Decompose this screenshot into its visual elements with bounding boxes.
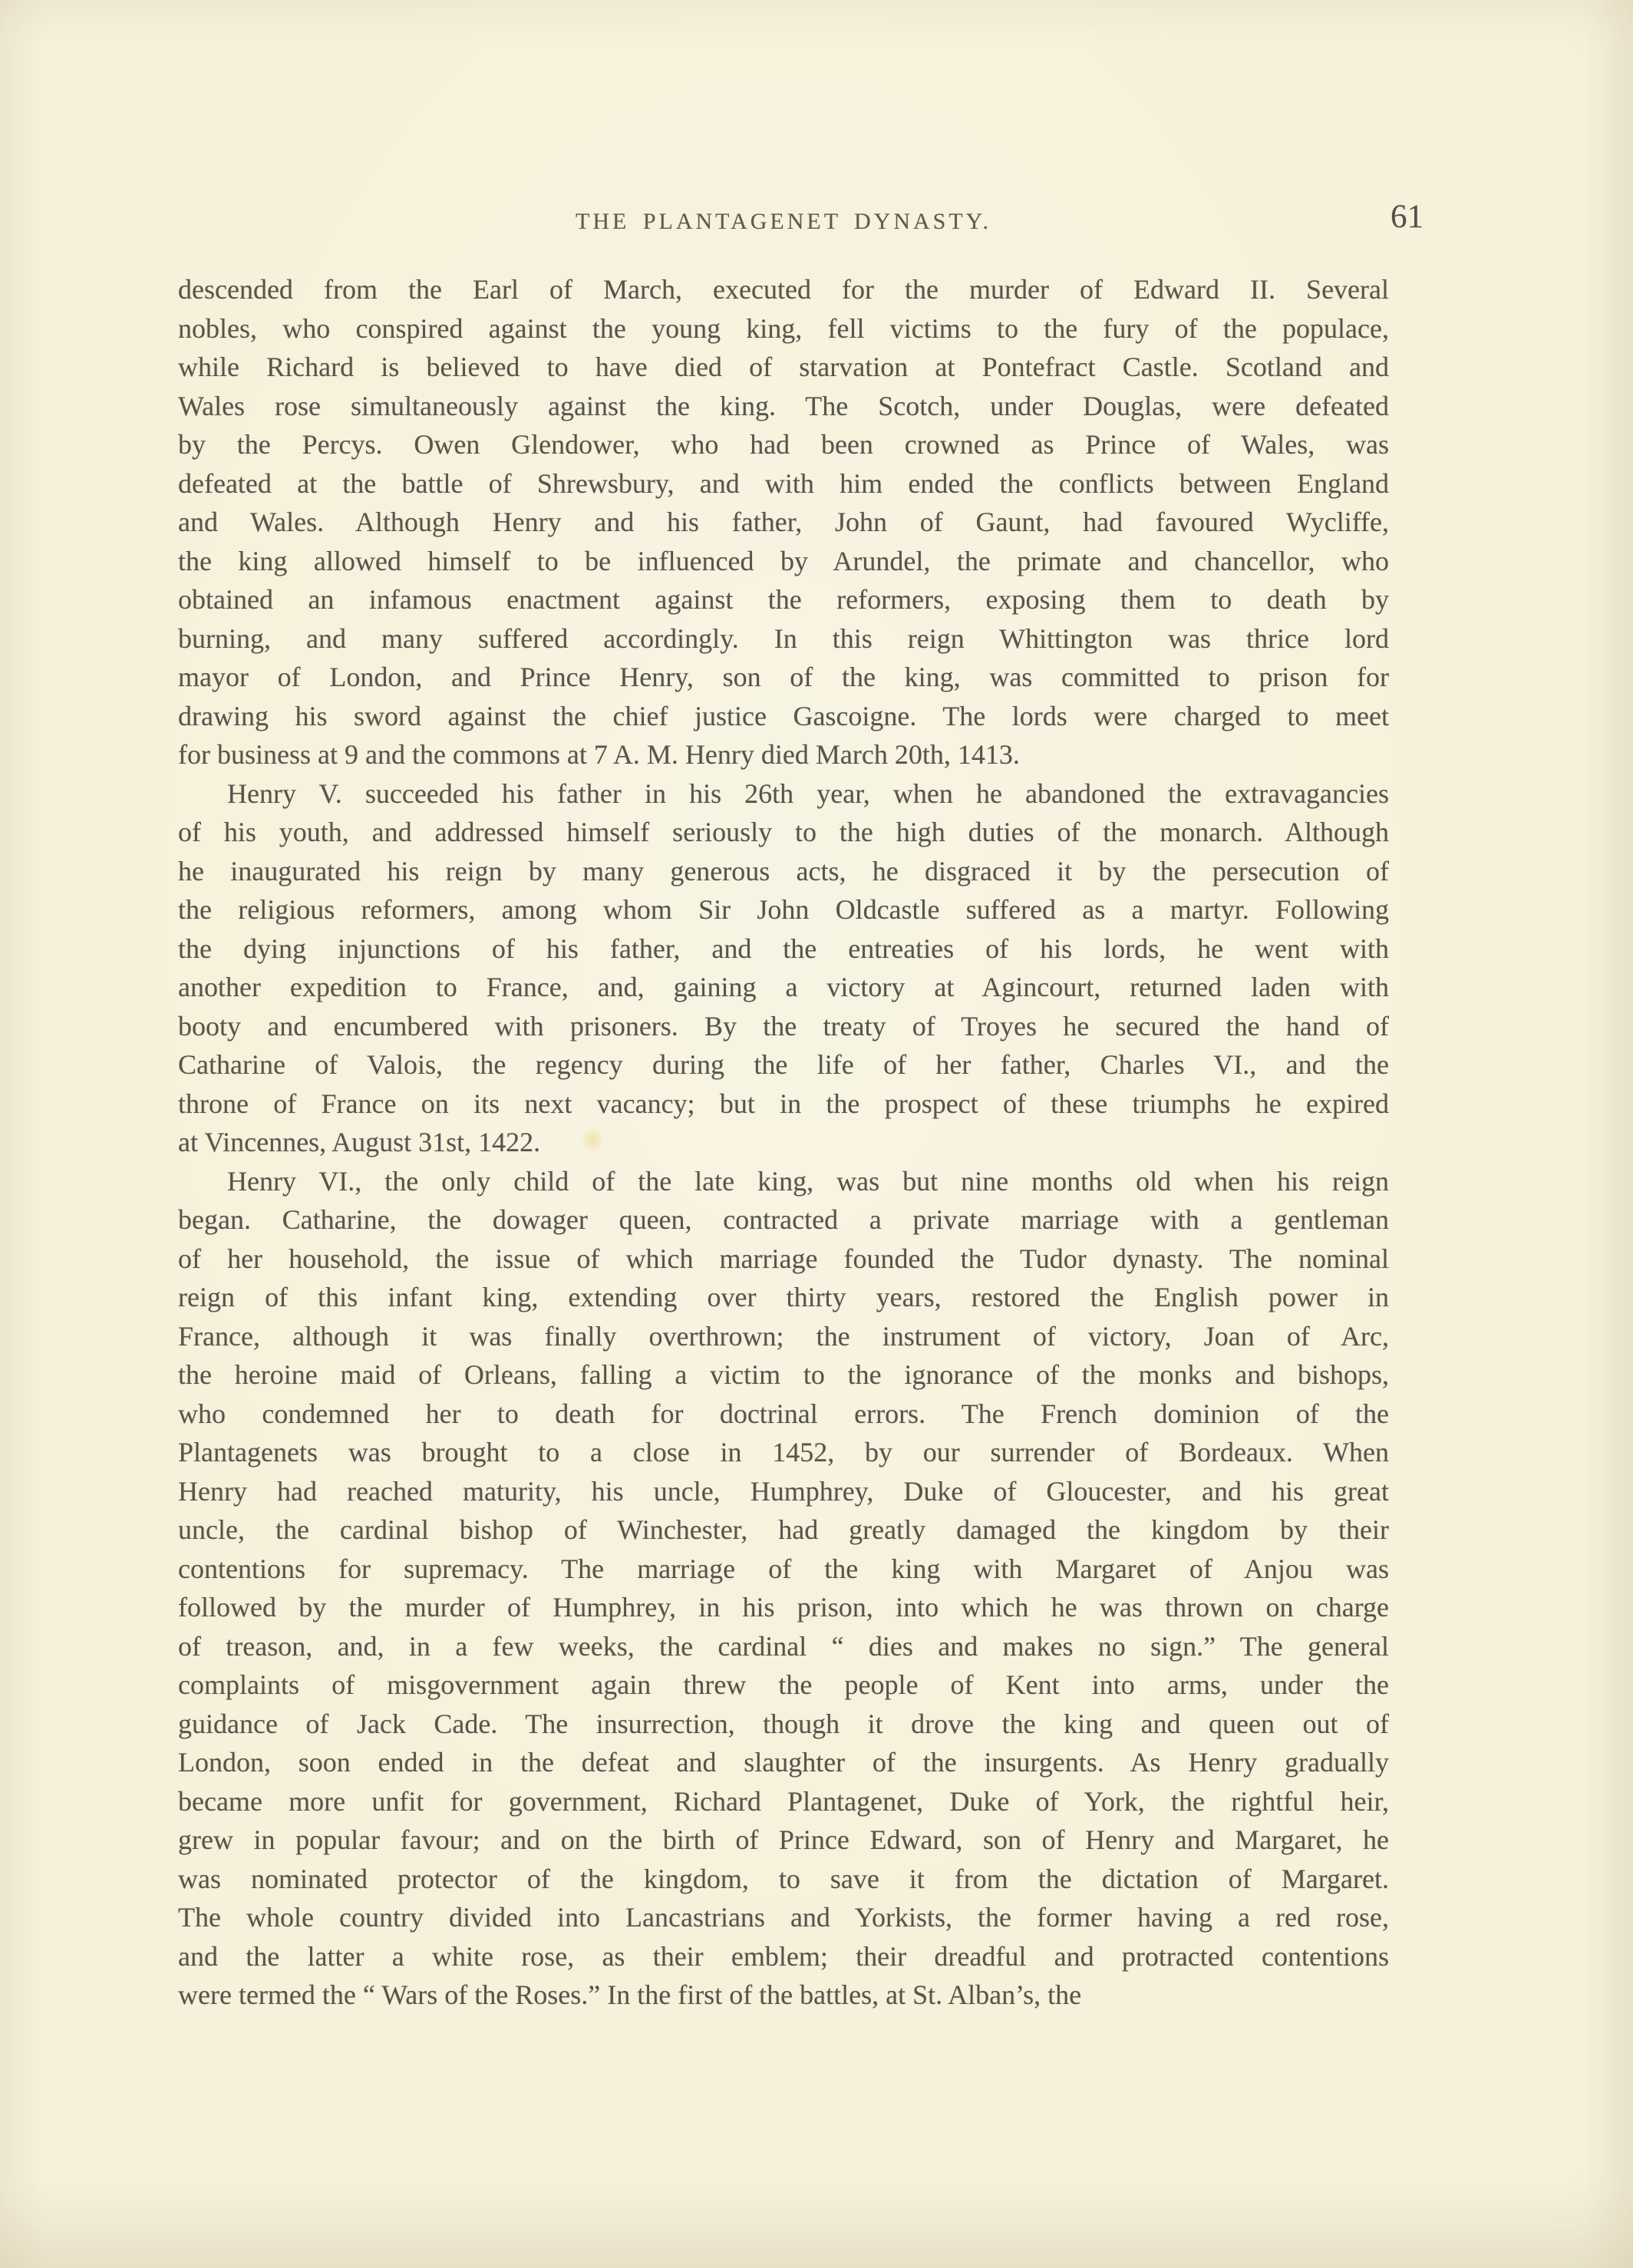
text-line: for business at 9 and the commons at 7 A… [178, 735, 1389, 774]
text-line: the king allowed himself to be influence… [178, 542, 1389, 581]
text-line: and the latter a white rose, as their em… [178, 1937, 1389, 1976]
text-line: throne of France on its next vacancy; bu… [178, 1084, 1389, 1124]
text-line: at Vincennes, August 31st, 1422. [178, 1123, 1389, 1162]
text-line: of her household, the issue of which mar… [178, 1240, 1389, 1279]
text-line: became more unfit for government, Richar… [178, 1782, 1389, 1821]
text-line: France, although it was finally overthro… [178, 1317, 1389, 1356]
paragraph: Henry V. succeeded his father in his 26t… [178, 774, 1389, 1162]
book-page: THE PLANTAGENET DYNASTY. 61 descended fr… [0, 0, 1633, 2268]
page-body: descended from the Earl of March, execut… [178, 270, 1389, 2015]
text-line: who condemned her to death for doctrinal… [178, 1395, 1389, 1434]
text-line: Henry V. succeeded his father in his 26t… [178, 774, 1389, 814]
text-line: were termed the “ Wars of the Roses.” In… [178, 1976, 1389, 2015]
text-line: complaints of misgovernment again threw … [178, 1666, 1389, 1705]
text-line: Plantagenets was brought to a close in 1… [178, 1433, 1389, 1472]
text-line: of his youth, and addressed himself seri… [178, 813, 1389, 852]
text-line: grew in popular favour; and on the birth… [178, 1821, 1389, 1860]
paragraph: descended from the Earl of March, execut… [178, 270, 1389, 774]
text-line: the religious reformers, among whom Sir … [178, 890, 1389, 929]
text-line: while Richard is believed to have died o… [178, 348, 1389, 387]
text-line: booty and encumbered with prisoners. By … [178, 1007, 1389, 1046]
text-line: obtained an infamous enactment against t… [178, 580, 1389, 619]
text-line: by the Percys. Owen Glendower, who had b… [178, 425, 1389, 464]
text-line: defeated at the battle of Shrewsbury, an… [178, 464, 1389, 503]
page-number: 61 [1391, 198, 1424, 236]
text-line: he inaugurated his reign by many generou… [178, 852, 1389, 891]
text-line: Henry had reached maturity, his uncle, H… [178, 1472, 1389, 1511]
text-line: The whole country divided into Lancastri… [178, 1898, 1389, 1937]
text-line: of treason, and, in a few weeks, the car… [178, 1627, 1389, 1666]
text-line: Wales rose simultaneously against the ki… [178, 387, 1389, 426]
text-line: drawing his sword against the chief just… [178, 697, 1389, 736]
text-line: London, soon ended in the defeat and sla… [178, 1743, 1389, 1782]
text-line: another expedition to France, and, gaini… [178, 968, 1389, 1007]
text-line: uncle, the cardinal bishop of Winchester… [178, 1510, 1389, 1550]
text-line: contentions for supremacy. The marriage … [178, 1550, 1389, 1589]
text-line: descended from the Earl of March, execut… [178, 270, 1389, 309]
text-line: the heroine maid of Orleans, falling a v… [178, 1355, 1389, 1395]
text-line: burning, and many suffered accordingly. … [178, 619, 1389, 659]
text-line: reign of this infant king, extending ove… [178, 1278, 1389, 1317]
text-line: was nominated protector of the kingdom, … [178, 1860, 1389, 1899]
text-line: mayor of London, and Prince Henry, son o… [178, 658, 1389, 697]
text-line: nobles, who conspired against the young … [178, 309, 1389, 348]
text-line: followed by the murder of Humphrey, in h… [178, 1588, 1389, 1627]
text-line: Catharine of Valois, the regency during … [178, 1045, 1389, 1084]
text-line: and Wales. Although Henry and his father… [178, 503, 1389, 542]
text-line: began. Catharine, the dowager queen, con… [178, 1200, 1389, 1240]
text-line: Henry VI., the only child of the late ki… [178, 1162, 1389, 1201]
text-line: the dying injunctions of his father, and… [178, 929, 1389, 969]
text-line: guidance of Jack Cade. The insurrection,… [178, 1705, 1389, 1744]
paragraph: Henry VI., the only child of the late ki… [178, 1162, 1389, 2015]
paper-stain [582, 1127, 603, 1153]
running-head-title: THE PLANTAGENET DYNASTY. [178, 209, 1389, 235]
